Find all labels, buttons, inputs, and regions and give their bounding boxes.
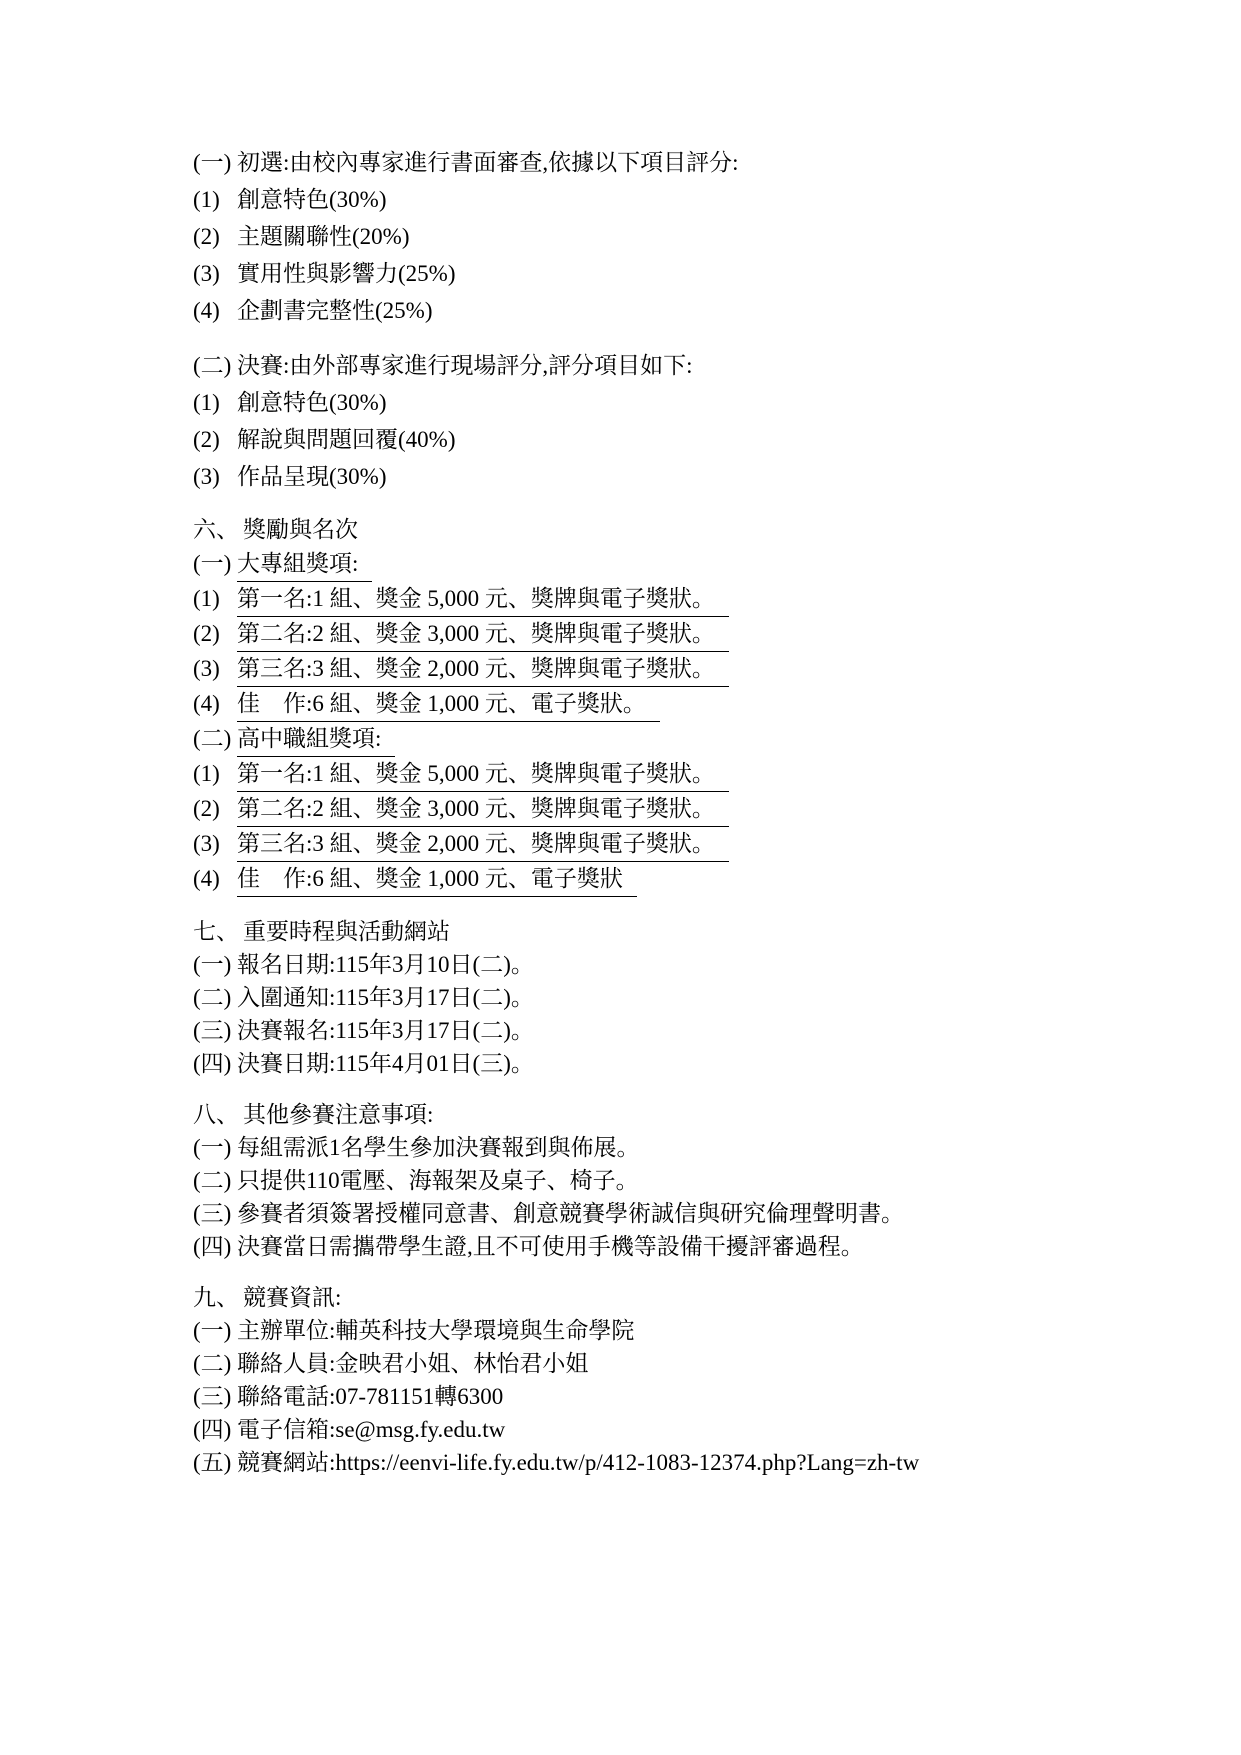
- line-text: 決賽報名:115年3月17日(二)。: [237, 1014, 534, 1047]
- line-marker: (1): [193, 582, 233, 616]
- line-text: 競賽網站:https://eenvi-life.fy.edu.tw/p/412-…: [237, 1446, 919, 1479]
- line-marker: (二): [193, 981, 233, 1014]
- line-text: 創意特色(30%): [237, 181, 386, 218]
- line-text: 解說與問題回覆(40%): [237, 421, 455, 458]
- doc-line: (三)聯絡電話:07-781151轉6300: [193, 1380, 1151, 1413]
- line-text: 其他參賽注意事項:: [243, 1098, 433, 1131]
- line-text: 第三名:3 組、獎金 2,000 元、獎牌與電子獎狀。: [237, 827, 729, 862]
- line-text: 決賽當日需攜帶學生證,且不可使用手機等設備干擾評審過程。: [237, 1230, 864, 1263]
- line-marker: (3): [193, 458, 233, 495]
- line-text: 電子信箱:se@msg.fy.edu.tw: [237, 1413, 505, 1446]
- doc-line: (四)決賽日期:115年4月01日(三)。: [193, 1047, 1151, 1080]
- line-text: 聯絡人員:金映君小姐、林怡君小姐: [237, 1347, 588, 1380]
- document-page: (一)初選:由校內專家進行書面審查,依據以下項目評分:(1)創意特色(30%)(…: [0, 0, 1241, 1755]
- line-marker: (2): [193, 617, 233, 651]
- line-text: 佳 作:6 組、獎金 1,000 元、電子獎狀。: [237, 687, 660, 722]
- line-marker: (2): [193, 792, 233, 826]
- line-text: 第二名:2 組、獎金 3,000 元、獎牌與電子獎狀。: [237, 792, 729, 827]
- line-text: 作品呈現(30%): [237, 458, 386, 495]
- line-marker: (1): [193, 181, 233, 218]
- line-text: 主題關聯性(20%): [237, 218, 409, 255]
- line-text: 企劃書完整性(25%): [237, 292, 432, 329]
- line-text: 佳 作:6 組、獎金 1,000 元、電子獎狀: [237, 862, 637, 897]
- line-text: 獎勵與名次: [243, 513, 358, 547]
- section-preliminary-review: (一)初選:由校內專家進行書面審查,依據以下項目評分:(1)創意特色(30%)(…: [193, 144, 1151, 329]
- doc-line: (3)第三名:3 組、獎金 2,000 元、獎牌與電子獎狀。: [193, 652, 1151, 687]
- line-text: 第一名:1 組、獎金 5,000 元、獎牌與電子獎狀。: [237, 757, 729, 792]
- doc-line: (1)第一名:1 組、獎金 5,000 元、獎牌與電子獎狀。: [193, 582, 1151, 617]
- line-marker: (4): [193, 862, 233, 896]
- doc-line: (1)第一名:1 組、獎金 5,000 元、獎牌與電子獎狀。: [193, 757, 1151, 792]
- line-text: 第一名:1 組、獎金 5,000 元、獎牌與電子獎狀。: [237, 582, 729, 617]
- line-text: 創意特色(30%): [237, 384, 386, 421]
- line-text: 第二名:2 組、獎金 3,000 元、獎牌與電子獎狀。: [237, 617, 729, 652]
- line-marker: (3): [193, 255, 233, 292]
- line-text: 高中職組獎項:: [237, 722, 395, 757]
- doc-line: (2)第二名:2 組、獎金 3,000 元、獎牌與電子獎狀。: [193, 617, 1151, 652]
- doc-line: (四)電子信箱:se@msg.fy.edu.tw: [193, 1413, 1151, 1446]
- doc-line: (一)報名日期:115年3月10日(二)。: [193, 948, 1151, 981]
- section-schedule: 七、重要時程與活動網站(一)報名日期:115年3月10日(二)。(二)入圍通知:…: [193, 915, 1151, 1080]
- doc-line: 九、競賽資訊:: [193, 1281, 1151, 1314]
- doc-line: (4)佳 作:6 組、獎金 1,000 元、電子獎狀。: [193, 687, 1151, 722]
- line-marker: (一): [193, 144, 233, 181]
- line-marker: (一): [193, 1314, 233, 1347]
- line-marker: (五): [193, 1446, 233, 1479]
- line-marker: (四): [193, 1230, 233, 1263]
- doc-line: (二)高中職組獎項:: [193, 722, 1151, 757]
- line-marker: (3): [193, 827, 233, 861]
- section-final-review: (二)決賽:由外部專家進行現場評分,評分項目如下:(1)創意特色(30%)(2)…: [193, 347, 1151, 495]
- line-text: 決賽:由外部專家進行現場評分,評分項目如下:: [237, 347, 693, 384]
- doc-line: (五)競賽網站:https://eenvi-life.fy.edu.tw/p/4…: [193, 1446, 1151, 1479]
- line-text: 競賽資訊:: [243, 1281, 341, 1314]
- line-marker: (三): [193, 1380, 233, 1413]
- line-marker: (4): [193, 687, 233, 721]
- line-marker: (二): [193, 722, 233, 756]
- section-other-notes: 八、其他參賽注意事項:(一)每組需派1名學生參加決賽報到與佈展。(二)只提供11…: [193, 1098, 1151, 1263]
- line-marker: (二): [193, 347, 233, 384]
- doc-line: (2)解說與問題回覆(40%): [193, 421, 1151, 458]
- line-text: 第三名:3 組、獎金 2,000 元、獎牌與電子獎狀。: [237, 652, 729, 687]
- doc-line: (四)決賽當日需攜帶學生證,且不可使用手機等設備干擾評審過程。: [193, 1230, 1151, 1263]
- line-marker: (3): [193, 652, 233, 686]
- section-awards: 六、獎勵與名次(一)大專組獎項:(1)第一名:1 組、獎金 5,000 元、獎牌…: [193, 513, 1151, 897]
- doc-line: (3)作品呈現(30%): [193, 458, 1151, 495]
- line-text: 初選:由校內專家進行書面審查,依據以下項目評分:: [237, 144, 739, 181]
- doc-line: (3)實用性與影響力(25%): [193, 255, 1151, 292]
- section-contest-info: 九、競賽資訊:(一)主辦單位:輔英科技大學環境與生命學院(二)聯絡人員:金映君小…: [193, 1281, 1151, 1479]
- line-text: 只提供110電壓、海報架及桌子、椅子。: [237, 1164, 639, 1197]
- line-marker: 六、: [193, 513, 239, 547]
- doc-line: (3)第三名:3 組、獎金 2,000 元、獎牌與電子獎狀。: [193, 827, 1151, 862]
- doc-line: (2)第二名:2 組、獎金 3,000 元、獎牌與電子獎狀。: [193, 792, 1151, 827]
- doc-line: (1)創意特色(30%): [193, 384, 1151, 421]
- doc-line: (二)決賽:由外部專家進行現場評分,評分項目如下:: [193, 347, 1151, 384]
- line-marker: (4): [193, 292, 233, 329]
- line-marker: 八、: [193, 1098, 239, 1131]
- line-marker: (一): [193, 1131, 233, 1164]
- line-text: 大專組獎項:: [237, 547, 372, 582]
- line-marker: (三): [193, 1197, 233, 1230]
- doc-line: (一)初選:由校內專家進行書面審查,依據以下項目評分:: [193, 144, 1151, 181]
- line-marker: (二): [193, 1164, 233, 1197]
- doc-line: (4)佳 作:6 組、獎金 1,000 元、電子獎狀: [193, 862, 1151, 897]
- line-marker: (1): [193, 384, 233, 421]
- doc-line: (二)只提供110電壓、海報架及桌子、椅子。: [193, 1164, 1151, 1197]
- line-text: 主辦單位:輔英科技大學環境與生命學院: [237, 1314, 634, 1347]
- line-text: 報名日期:115年3月10日(二)。: [237, 948, 534, 981]
- line-text: 實用性與影響力(25%): [237, 255, 455, 292]
- doc-line: 八、其他參賽注意事項:: [193, 1098, 1151, 1131]
- line-marker: 七、: [193, 915, 239, 948]
- line-marker: (1): [193, 757, 233, 791]
- doc-line: (二)聯絡人員:金映君小姐、林怡君小姐: [193, 1347, 1151, 1380]
- line-text: 聯絡電話:07-781151轉6300: [237, 1380, 503, 1413]
- doc-line: (一)主辦單位:輔英科技大學環境與生命學院: [193, 1314, 1151, 1347]
- doc-line: (一)每組需派1名學生參加決賽報到與佈展。: [193, 1131, 1151, 1164]
- doc-line: (一)大專組獎項:: [193, 547, 1151, 582]
- doc-line: 六、獎勵與名次: [193, 513, 1151, 547]
- line-marker: (2): [193, 421, 233, 458]
- doc-line: (2)主題關聯性(20%): [193, 218, 1151, 255]
- line-text: 決賽日期:115年4月01日(三)。: [237, 1047, 534, 1080]
- line-marker: (一): [193, 547, 233, 581]
- doc-line: (二)入圍通知:115年3月17日(二)。: [193, 981, 1151, 1014]
- line-text: 重要時程與活動網站: [243, 915, 450, 948]
- line-text: 每組需派1名學生參加決賽報到與佈展。: [237, 1131, 640, 1164]
- line-text: 入圍通知:115年3月17日(二)。: [237, 981, 534, 1014]
- line-marker: (2): [193, 218, 233, 255]
- line-marker: (三): [193, 1014, 233, 1047]
- doc-line: (4)企劃書完整性(25%): [193, 292, 1151, 329]
- doc-line: 七、重要時程與活動網站: [193, 915, 1151, 948]
- line-marker: (四): [193, 1047, 233, 1080]
- line-marker: (一): [193, 948, 233, 981]
- line-marker: (二): [193, 1347, 233, 1380]
- doc-line: (三)參賽者須簽署授權同意書、創意競賽學術誠信與研究倫理聲明書。: [193, 1197, 1151, 1230]
- line-marker: 九、: [193, 1281, 239, 1314]
- doc-line: (三)決賽報名:115年3月17日(二)。: [193, 1014, 1151, 1047]
- doc-line: (1)創意特色(30%): [193, 181, 1151, 218]
- line-marker: (四): [193, 1413, 233, 1446]
- line-text: 參賽者須簽署授權同意書、創意競賽學術誠信與研究倫理聲明書。: [237, 1197, 904, 1230]
